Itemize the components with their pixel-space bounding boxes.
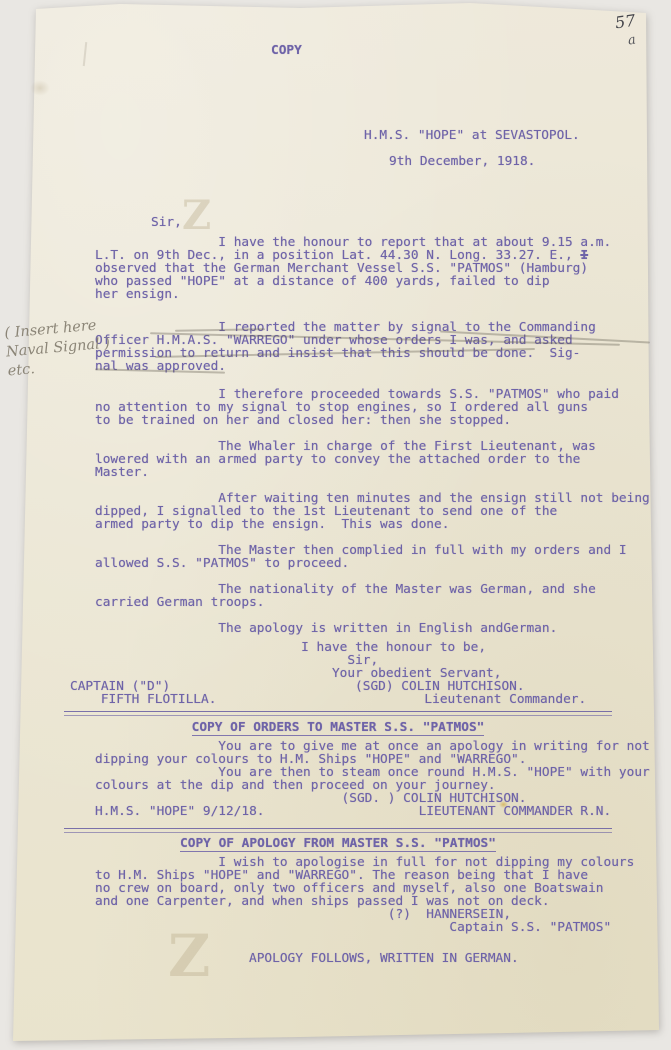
orders-section-title: COPY OF ORDERS TO MASTER S.S. "PATMOS" bbox=[192, 721, 485, 736]
letter-paragraph-1: I have the honour to report that at abou… bbox=[95, 236, 661, 301]
letter-paragraph-6: The Master then complied in full with my… bbox=[95, 544, 661, 570]
paragraph-1-text-a: I have the honour to report that at abou… bbox=[95, 235, 611, 263]
letter-paragraph-2: I reported the matter by signal to the C… bbox=[95, 321, 661, 373]
letter-heading-location: H.M.S. "HOPE" at SEVASTOPOL. bbox=[364, 129, 580, 142]
paper-stain-topleft bbox=[30, 80, 50, 96]
apology-footer-note: APOLOGY FOLLOWS, WRITTEN IN GERMAN. bbox=[249, 952, 519, 965]
apology-section-title-row: COPY OF APOLOGY FROM MASTER S.S. "PATMOS… bbox=[64, 832, 612, 852]
orders-section-title-row: COPY OF ORDERS TO MASTER S.S. "PATMOS" bbox=[64, 716, 612, 736]
letter-heading-date: 9th December, 1918. bbox=[389, 155, 535, 168]
letter-paragraph-7: The nationality of the Master was German… bbox=[95, 583, 661, 609]
letter-closing-signature: I have the honour to be, Sir, Your obedi… bbox=[70, 641, 660, 706]
letter-salutation: Sir, bbox=[151, 216, 182, 229]
letter-paragraph-3: I therefore proceeded towards S.S. "PATM… bbox=[95, 388, 661, 427]
folio-number: 57 bbox=[614, 11, 637, 33]
letter-paragraph-5: After waiting ten minutes and the ensign… bbox=[95, 492, 671, 531]
apology-section-title: COPY OF APOLOGY FROM MASTER S.S. "PATMOS… bbox=[180, 837, 496, 852]
copy-stamp: COPY bbox=[271, 44, 302, 57]
paragraph-1-text-b: observed that the German Merchant Vessel… bbox=[95, 261, 588, 302]
apology-section-body: I wish to apologise in full for not dipp… bbox=[95, 856, 671, 934]
margin-note-pencil: ( Insert here Naval Signal ) etc. bbox=[4, 316, 113, 382]
letter-paragraph-4: The Whaler in charge of the First Lieute… bbox=[95, 440, 661, 479]
letter-paragraph-8: The apology is written in English andGer… bbox=[95, 622, 661, 635]
document-scan: Z Z 57 a COPY H.M.S. "HOPE" at SEVASTOPO… bbox=[0, 0, 671, 1050]
orders-section-body: You are to give me at once an apology in… bbox=[95, 740, 671, 818]
